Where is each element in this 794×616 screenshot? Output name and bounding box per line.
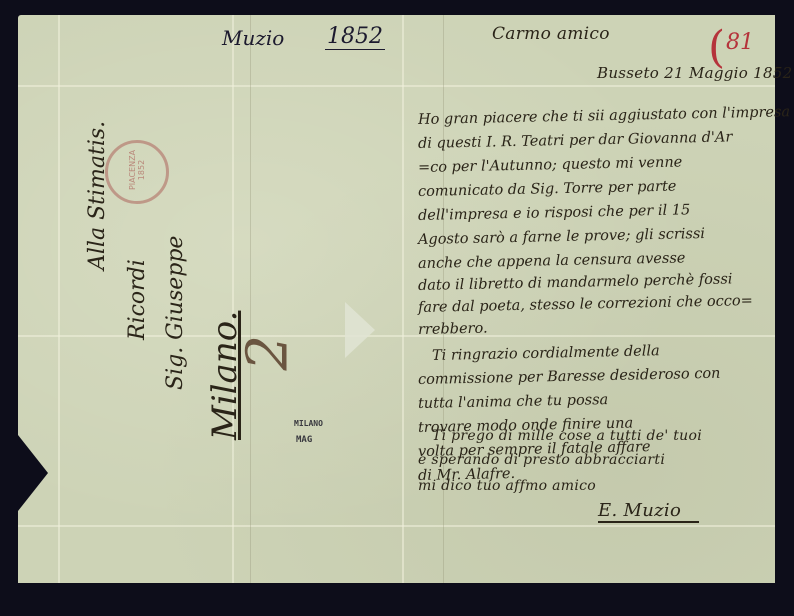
closing-line-1: Ti prego di mille cose a tutti de' tuoi bbox=[432, 428, 702, 444]
archive-number: 81 bbox=[726, 30, 754, 55]
milano-postmark-city: MILANO bbox=[294, 419, 323, 428]
fold-line-vertical bbox=[402, 15, 404, 583]
folded-corner bbox=[345, 302, 375, 358]
address-recipient: Sig. Giuseppe bbox=[163, 236, 188, 390]
archival-year: 1852 bbox=[325, 24, 385, 50]
closing-line-2: e sperando di presto abbracciarti bbox=[418, 452, 665, 468]
signature: E. Muzio bbox=[598, 500, 699, 523]
fold-line-vertical bbox=[58, 15, 60, 583]
crease bbox=[250, 15, 251, 583]
fold-line-horizontal bbox=[18, 525, 775, 527]
postage-mark: 2 bbox=[235, 335, 300, 371]
milano-postmark-month: MAG bbox=[296, 435, 312, 445]
body-line: rrebbero. bbox=[418, 321, 488, 338]
torn-notch bbox=[18, 435, 48, 511]
red-postmark-text: PIACENZA 1852 bbox=[128, 141, 146, 199]
closing-line-3: mi dico tuo affmo amico bbox=[418, 478, 596, 494]
salutation: Carmo amico bbox=[492, 24, 610, 44]
place-date: Busseto 21 Maggio 1852 bbox=[597, 64, 793, 82]
address-city: Milano. bbox=[205, 311, 245, 440]
milano-postmark: MILANO MAG bbox=[290, 405, 326, 463]
fold-line-horizontal bbox=[18, 85, 775, 87]
red-postmark: PIACENZA 1852 bbox=[105, 140, 169, 204]
archival-name: Muzio bbox=[222, 26, 284, 50]
address-honorific: Alla Stimatis. bbox=[85, 121, 110, 270]
address-recipient-surname: Ricordi bbox=[125, 259, 150, 340]
